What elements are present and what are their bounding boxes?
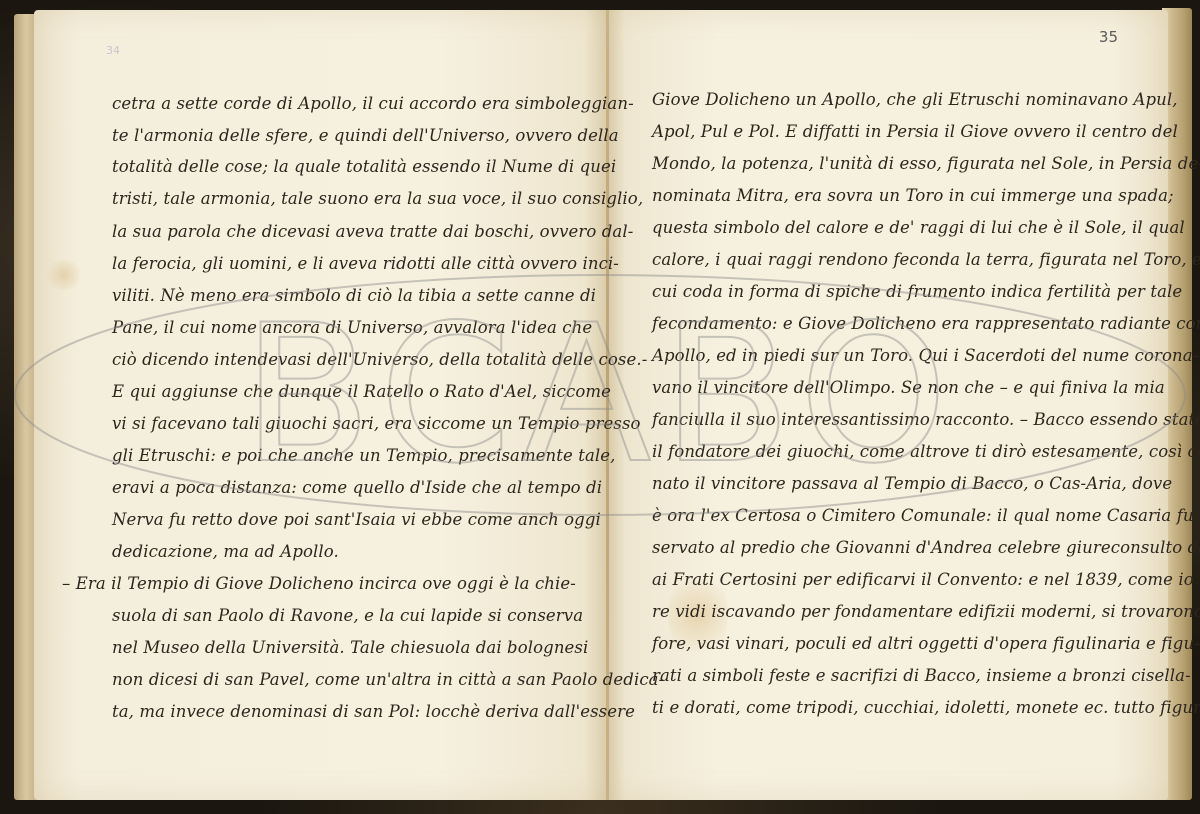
text-line: rati a simboli feste e sacrifizi di Bacc… xyxy=(652,666,1191,685)
text-line: fore, vasi vinari, poculi ed altri ogget… xyxy=(652,634,1200,653)
page-number: 35 xyxy=(1099,28,1118,46)
text-line: vi si facevano tali giuochi sacri, era s… xyxy=(112,414,641,433)
paper-stain xyxy=(44,260,84,290)
text-line: la ferocia, gli uomini, e li aveva ridot… xyxy=(112,254,619,273)
text-line: ti e dorati, come tripodi, cucchiai, ido… xyxy=(652,698,1200,717)
text-line: Pane, il cui nome ancora di Universo, av… xyxy=(112,318,592,337)
text-line: Nerva fu retto dove poi sant'Isaia vi eb… xyxy=(112,510,601,529)
text-line: viliti. Nè meno era simbolo di ciò la ti… xyxy=(112,286,596,305)
text-line: ciò dicendo intendevasi dell'Universo, d… xyxy=(112,350,647,369)
text-line: gli Etruschi: e poi che anche un Tempio,… xyxy=(112,446,615,465)
text-line: è ora l'ex Certosa o Cimitero Comunale: … xyxy=(652,506,1200,525)
text-line: calore, i quai raggi rendono feconda la … xyxy=(652,250,1200,269)
text-line: dedicazione, ma ad Apollo. xyxy=(112,542,339,561)
text-line: fanciulla il suo interessantissimo racco… xyxy=(652,410,1200,429)
text-line: tristi, tale armonia, tale suono era la … xyxy=(112,189,643,208)
text-line: Apol, Pul e Pol. E diffatti in Persia il… xyxy=(652,122,1178,141)
ghost-page-number: 34 xyxy=(106,44,120,57)
text-line: ai Frati Certosini per edificarvi il Con… xyxy=(652,570,1200,589)
text-line: nel Museo della Università. Tale chiesuo… xyxy=(112,638,588,657)
text-line: servato al predio che Giovanni d'Andrea … xyxy=(652,538,1200,557)
text-line: te l'armonia delle sfere, e quindi dell'… xyxy=(112,126,619,145)
text-line: vano il vincitore dell'Olimpo. Se non ch… xyxy=(652,378,1165,397)
text-line: Apollo, ed in piedi sur un Toro. Qui i S… xyxy=(652,346,1198,365)
text-line: la sua parola che dicevasi aveva tratte … xyxy=(112,222,633,241)
text-line: cetra a sette corde di Apollo, il cui ac… xyxy=(112,94,634,113)
text-line: nominata Mitra, era sovra un Toro in cui… xyxy=(652,186,1174,205)
text-line: Giove Dolicheno un Apollo, che gli Etrus… xyxy=(652,90,1178,109)
text-line: nato il vincitore passava al Tempio di B… xyxy=(652,474,1172,493)
text-line: fecondamento: e Giove Dolicheno era rapp… xyxy=(652,314,1200,333)
text-line: il fondatore dei giuochi, come altrove t… xyxy=(652,442,1200,461)
text-line: totalità delle cose; la quale totalità e… xyxy=(112,157,616,176)
text-line: Mondo, la potenza, l'unità di esso, figu… xyxy=(652,154,1200,173)
text-line: E qui aggiunse che dunque il Ratello o R… xyxy=(112,382,611,401)
text-line: ta, ma invece denominasi di san Pol: loc… xyxy=(112,702,635,721)
text-line: cui coda in forma di spiche di frumento … xyxy=(652,282,1182,301)
text-line: re vidi iscavando per fondamentare edifi… xyxy=(652,602,1200,621)
text-line: questa simbolo del calore e de' raggi di… xyxy=(652,218,1185,237)
text-line: non dicesi di san Pavel, come un'altra i… xyxy=(112,670,664,689)
text-line: suola di san Paolo di Ravone, e la cui l… xyxy=(112,606,583,625)
text-line: eravi a poca distanza: come quello d'Isi… xyxy=(112,478,602,497)
text-line: – Era il Tempio di Giove Dolicheno incir… xyxy=(62,574,576,593)
